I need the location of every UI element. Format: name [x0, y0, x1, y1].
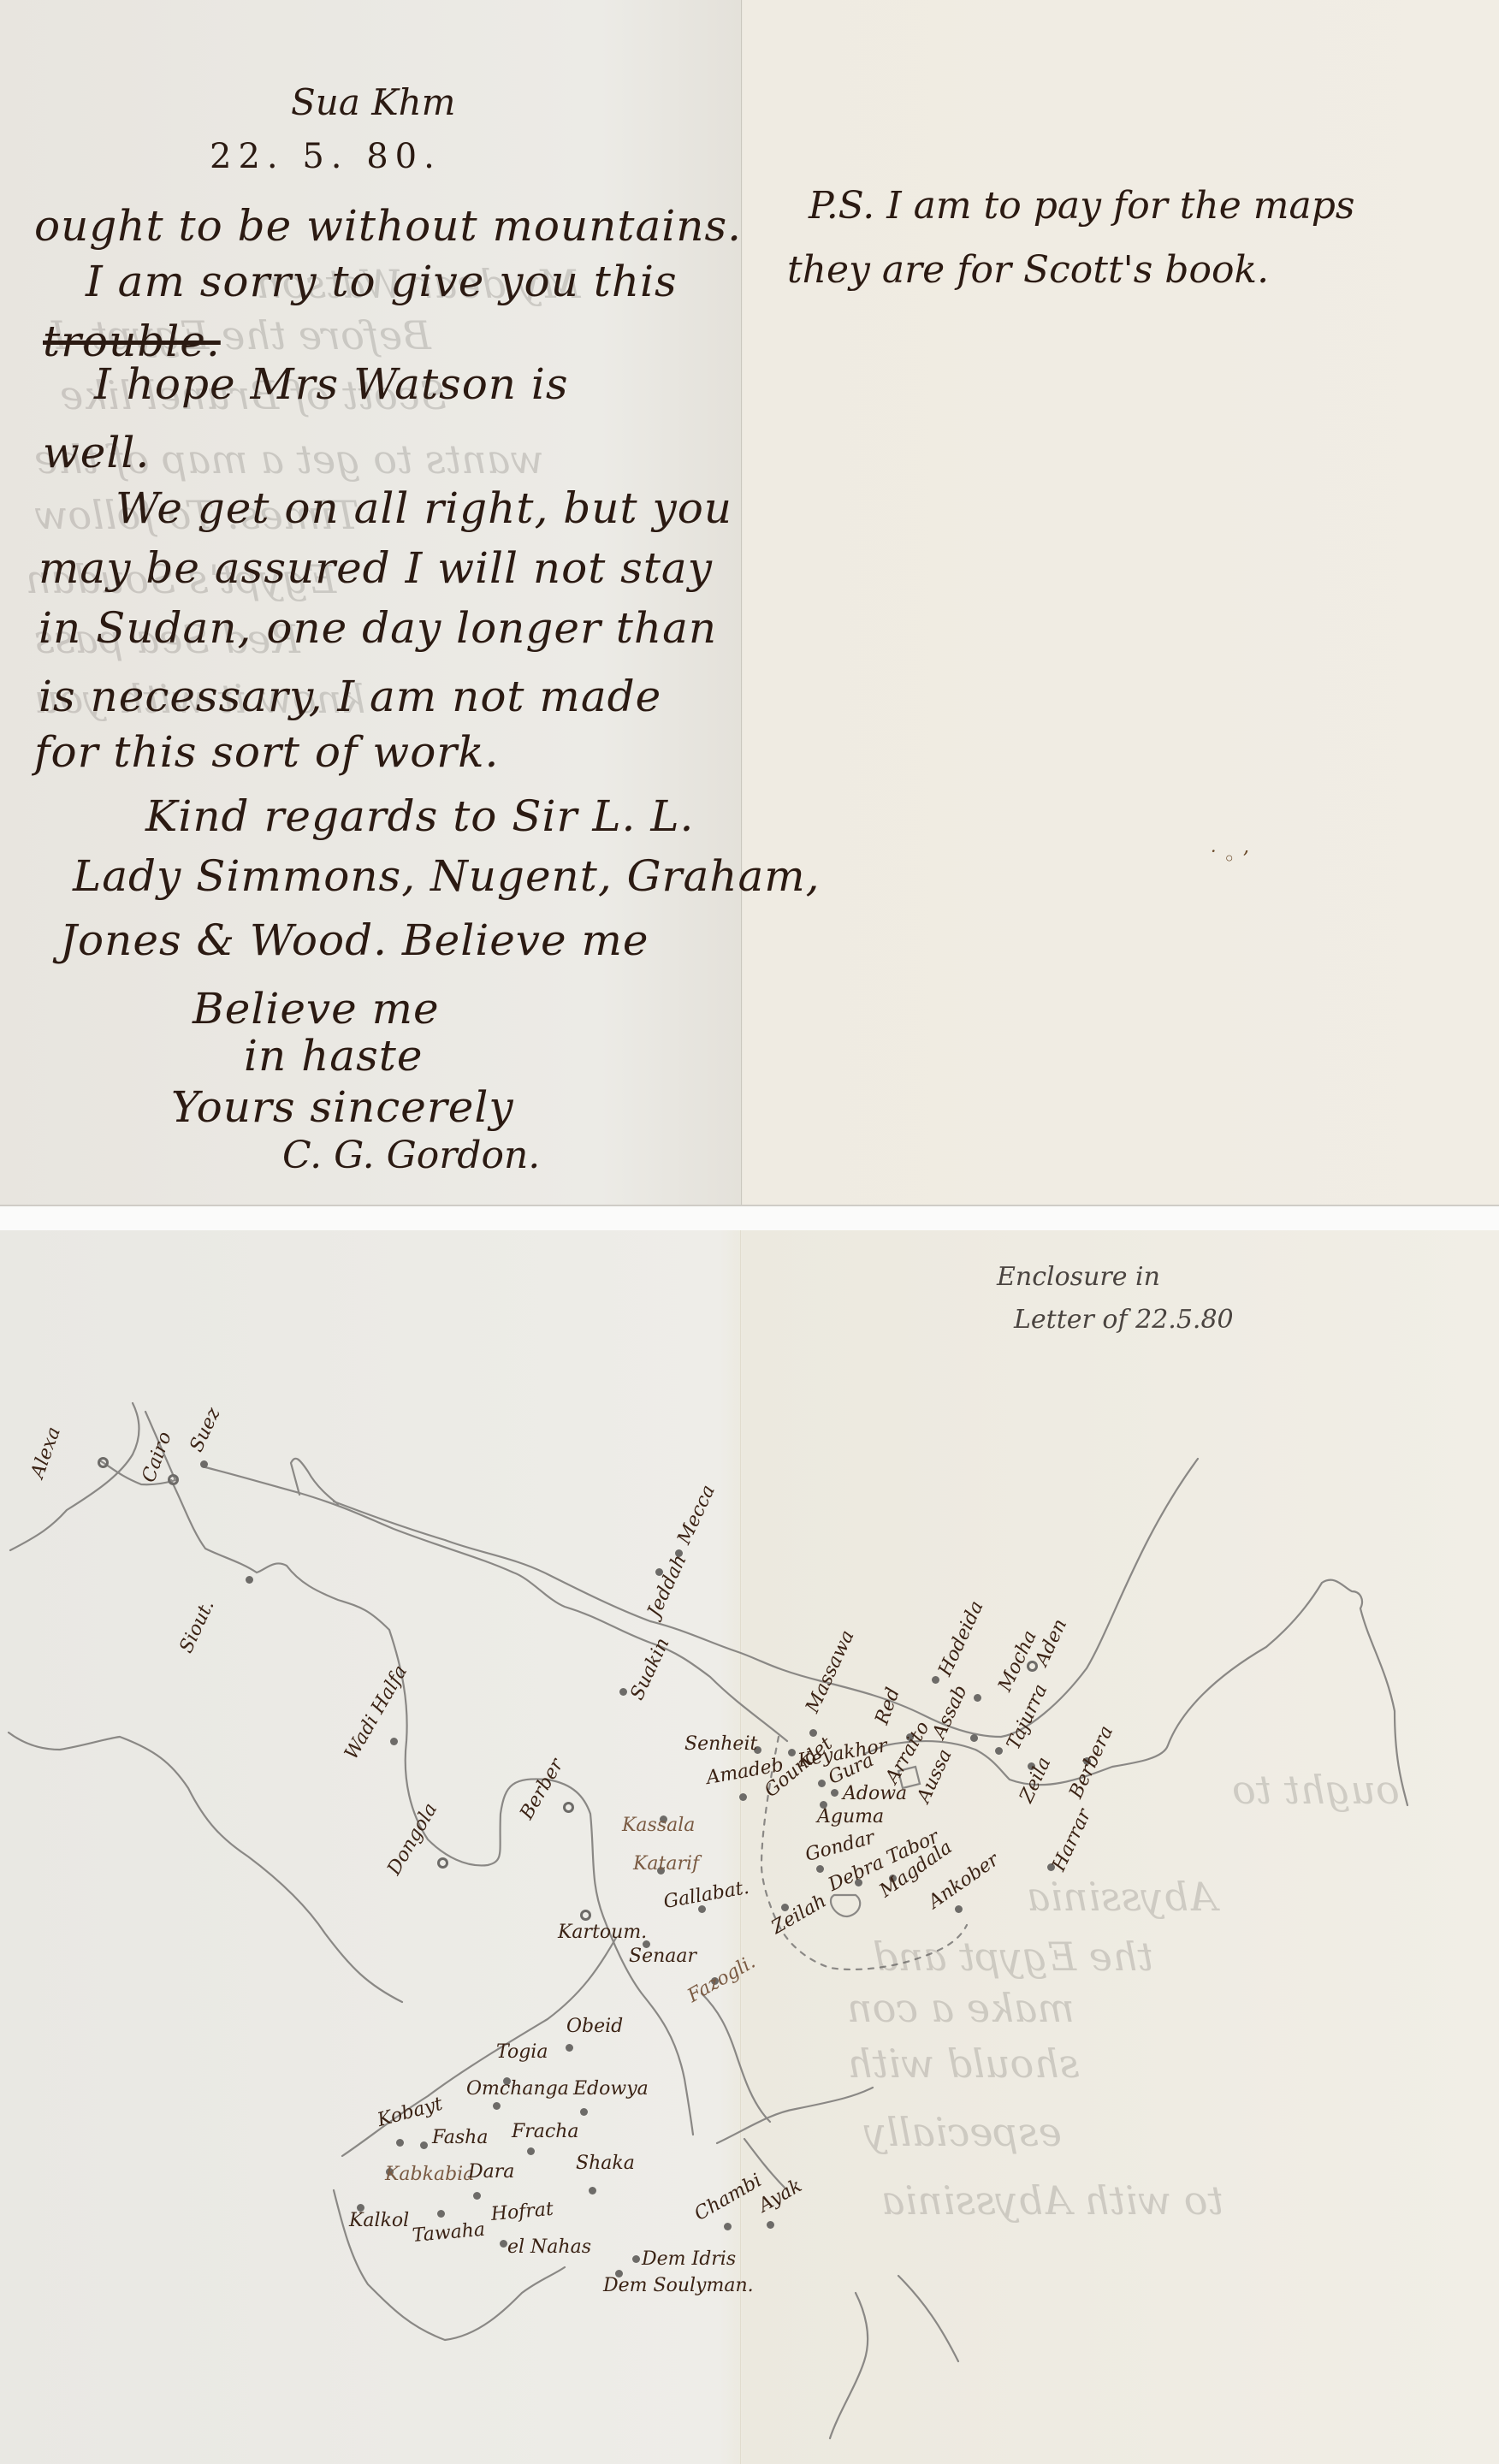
map-place-label: Dara: [468, 2161, 514, 2183]
map-place-marker: [632, 2255, 640, 2263]
letter-address: Sua Khm: [291, 81, 455, 123]
map-place-marker: [473, 2192, 481, 2200]
map-place-label: Togia: [496, 2041, 548, 2063]
map-place-marker: [974, 1694, 981, 1702]
map-place-marker: [420, 2141, 428, 2149]
letter-line: may be assured I will not stay: [39, 543, 713, 593]
map-place-marker: [816, 1865, 824, 1873]
map-place-marker: [831, 1789, 838, 1797]
letter-line: Kind regards to Sir L. L.: [145, 791, 694, 841]
map-place-marker: [500, 2240, 507, 2248]
map-place-label: Katarif: [633, 1853, 699, 1875]
map-enclosure-date: Letter of 22.5.80: [1014, 1305, 1234, 1335]
map-place-marker: [619, 1688, 627, 1696]
map-place-marker: [580, 2108, 588, 2116]
letter-signature: C. G. Gordon.: [282, 1134, 540, 1177]
map-place-marker: [724, 2223, 732, 2230]
letter-line: in Sudan, one day longer than: [39, 603, 717, 653]
map-place-marker: [98, 1457, 109, 1468]
map-place-label: Kassala: [622, 1815, 695, 1836]
map-place-label: Dem Idris: [642, 2248, 736, 2270]
map-place-marker: [580, 1910, 591, 1921]
letter-line: We get on all right, but you: [116, 483, 732, 533]
map-place-marker: [767, 2221, 774, 2229]
map-place-marker: [437, 2210, 445, 2218]
letter-date: 22. 5. 80.: [210, 137, 441, 176]
letter-line: Lady Simmons, Nugent, Graham,: [73, 851, 821, 901]
map-place-marker: [995, 1747, 1003, 1755]
letter-line: for this sort of work.: [34, 727, 499, 777]
map-place-marker: [527, 2147, 535, 2155]
letter-closing: Believe me: [193, 984, 440, 1034]
ink-specks: ˙ ◦ ʼ: [1206, 847, 1248, 871]
map-place-marker: [955, 1905, 963, 1913]
sheet-separator: [0, 1205, 1499, 1233]
map-place-marker: [563, 1802, 574, 1813]
letter-line: I hope Mrs Watson is: [94, 359, 569, 409]
map-place-marker: [788, 1749, 796, 1756]
map-place-marker: [809, 1729, 817, 1737]
map-place-label: Shaka: [576, 2153, 635, 2174]
map-place-marker: [437, 1857, 448, 1869]
letter-line: ought to be without mountains.: [34, 201, 742, 251]
map-enclosure-note: Enclosure in: [997, 1262, 1160, 1292]
map-place-label: Aguma: [817, 1806, 884, 1827]
map-place-label: Kalkol: [349, 2210, 409, 2231]
map-place-marker: [970, 1734, 978, 1742]
letter-closing: Yours sincerely: [171, 1082, 514, 1132]
center-fold-top: [741, 0, 742, 1205]
map-place-label: Kartoum.: [558, 1922, 647, 1943]
map-place-marker: [932, 1676, 939, 1684]
map-place-label: Obeid: [566, 2016, 623, 2037]
map-place-label: Senaar: [629, 1946, 696, 1967]
map-place-marker: [396, 2139, 404, 2147]
map-place-marker: [818, 1780, 826, 1787]
map-place-marker: [566, 2044, 573, 2052]
letter-closing: in haste: [244, 1031, 423, 1081]
map-place-marker: [168, 1474, 179, 1485]
map-place-marker: [246, 1576, 253, 1584]
postscript-line: they are for Scott's book.: [787, 248, 1269, 292]
map-place-label: Dem Soulyman.: [603, 2275, 754, 2296]
map-place-label: Kabkabia: [385, 2164, 474, 2185]
map-place-label: el Nahas: [507, 2236, 591, 2258]
map-place-label: Fracha: [512, 2121, 579, 2142]
letter-line: Jones & Wood. Believe me: [60, 915, 649, 965]
map-place-label: Senheit: [684, 1733, 757, 1755]
map-place-marker: [200, 1460, 208, 1468]
map-place-marker: [589, 2187, 596, 2194]
letter-line: well.: [43, 428, 150, 477]
map-place-label: Fasha: [432, 2127, 488, 2148]
letter-line: I am sorry to give you this: [86, 257, 678, 306]
map-place-label: Omchanga: [466, 2078, 569, 2100]
postscript-line: P.S. I am to pay for the maps: [809, 184, 1354, 228]
map-place-marker: [493, 2102, 501, 2110]
map-place-marker: [390, 1738, 398, 1745]
map-place-label: Edowya: [573, 2078, 649, 2100]
letter-line: is necessary, I am not made: [39, 672, 661, 721]
map-place-marker: [739, 1793, 747, 1801]
